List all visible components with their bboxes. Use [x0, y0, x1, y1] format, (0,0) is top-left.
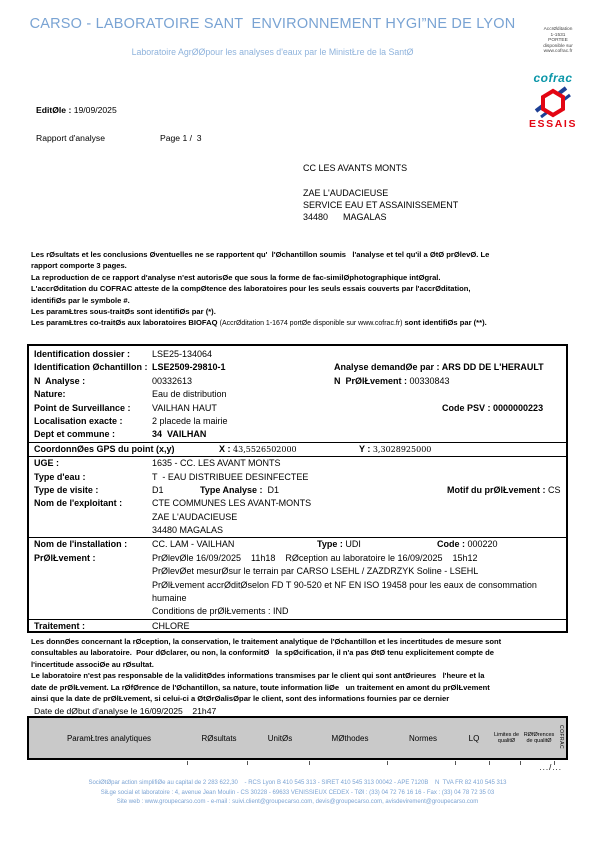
page-indicator: Page 1 / 3: [160, 133, 202, 143]
recipient-address-line: SERVICE EAU ET ASSAINISSEMENT: [303, 199, 458, 211]
commune-value: 34 VAILHAN: [152, 429, 206, 439]
gps-y: Y : 3,3028925000: [359, 443, 431, 456]
localisation-value: 2 placede la mairie: [152, 416, 228, 426]
note-line: rapport comporte 3 pages.: [31, 260, 587, 271]
column-limites-qualite: Limites de qualitØ: [491, 732, 522, 744]
code-psv: Code PSV : 0000000223: [442, 402, 543, 415]
installation-code: Code : 000220: [437, 538, 498, 551]
edit-date-value: 19/09/2025: [74, 105, 117, 115]
prelevement-line: Conditions de prØlŁvements : IND: [152, 606, 289, 616]
column-tick: [187, 761, 188, 765]
recipient-address-line: 34480 MAGALAS: [303, 211, 458, 223]
row-exploitant-cont: ZAE L'AUDACIEUSE: [29, 511, 566, 524]
column-cofrac: COFRAC: [556, 725, 566, 751]
column-label: Limites de qualitØ: [494, 732, 519, 744]
installation-label: Nom de l'installation :: [34, 538, 152, 551]
num-prelevement-value: 00330843: [410, 376, 450, 386]
installation-code-label: Code :: [437, 539, 468, 549]
column-tick: [455, 761, 456, 765]
biofaq-lead: Les paramŁtres co-traitØs aux laboratoir…: [31, 318, 220, 327]
accreditation-line: www.cofrac.fr: [528, 49, 588, 55]
installation-code-value: 000220: [468, 539, 498, 549]
installation-type: Type : UDI: [317, 538, 361, 551]
biofaq-detail: (AccrØditation 1-1674 portØe disponible …: [220, 320, 405, 327]
type-eau-label: Type d'eau :: [34, 471, 152, 484]
row-identification-echantillon: Identification Øchantillon :LSE2509-2981…: [29, 361, 566, 374]
report-header: Rapport d'analysePage 1 / 3: [36, 133, 202, 143]
recipient-name: CC LES AVANTS MONTS: [303, 162, 458, 174]
disclaimer-line: Le laboratoire n'est pas responsable de …: [31, 670, 587, 681]
installation-type-label: Type :: [317, 539, 345, 549]
motif-value: CS: [548, 485, 561, 495]
column-tick: [520, 761, 521, 765]
footer-line: Site web : www.groupecarso.com - e-mail …: [0, 798, 595, 808]
column-tick: [309, 761, 310, 765]
type-visite-value: D1: [152, 485, 164, 495]
prelevement-label: PrØlŁvement :: [34, 552, 152, 565]
recipient-address: CC LES AVANTS MONTSZAE L'AUDACIEUSESERVI…: [303, 162, 458, 223]
row-numero-analyse: N Analyse :00332613N PrØlŁvement : 00330…: [29, 375, 566, 388]
column-label: MØthodes: [332, 734, 369, 743]
echantillon-value: LSE2509-29810-1: [152, 362, 226, 372]
traitement-value: CHLORE: [152, 621, 190, 631]
row-gps: CoordonnØes GPS du point (x,y)X : 43,552…: [29, 442, 566, 456]
disclaimer-line: l'incertitude associØe au rØsultat.: [31, 659, 587, 670]
row-point-surveillance: Point de Surveillance :VAILHAN HAUTCode …: [29, 402, 566, 415]
num-prelevement-label: N PrØlŁvement :: [334, 376, 410, 386]
nature-label: Nature:: [34, 388, 152, 401]
type-analyse: Type Analyse : D1: [200, 484, 279, 497]
code-psv-value: 0000000223: [493, 403, 543, 413]
numero-prelevement: N PrØlŁvement : 00330843: [334, 375, 450, 388]
edit-date-label: EditØle :: [36, 105, 74, 115]
disclaimer-line: date de prØlŁvement. La rØfØrence de l'Ø…: [31, 682, 587, 693]
prelevement-line: humaine: [152, 593, 187, 603]
page-title: CARSO - LABORATOIRE SANT ENVIRONNEMENT H…: [0, 16, 545, 32]
edit-date: EditØle : 19/09/2025: [36, 105, 117, 115]
dossier-label: Identification dossier :: [34, 348, 152, 361]
type-analyse-value: D1: [268, 485, 280, 495]
row-localisation: Localisation exacte :2 placede la mairie: [29, 415, 566, 428]
row-type-eau: Type d'eau :T - EAU DISTRIBUEE DESINFECT…: [29, 471, 566, 484]
analysis-start-date: Date de dØbut d'analyse le 16/09/2025 21…: [34, 706, 216, 716]
column-references-qualite: RØfØrences de qualitØ: [522, 732, 556, 744]
type-eau-value: T - EAU DISTRIBUEE DESINFECTEE: [152, 472, 308, 482]
cofrac-essais-label: ESSAIS: [524, 118, 582, 130]
exploitant-label: Nom de l'exploitant :: [34, 497, 152, 510]
column-lq: LQ: [457, 734, 491, 743]
gps-x: X : 43,5526502000: [219, 443, 297, 456]
commune-label: Dept et commune :: [34, 428, 152, 441]
recipient-address-line: ZAE L'AUDACIEUSE: [303, 187, 458, 199]
motif-label: Motif du prØlŁvement :: [447, 485, 548, 495]
note-line: La reproduction de ce rapport d'analyse …: [31, 272, 587, 283]
gps-label: CoordonnØes GPS du point (x,y): [34, 443, 175, 456]
row-installation: Nom de l'installation :CC. LAM - VAILHAN…: [29, 537, 566, 551]
exploitant-line: ZAE L'AUDACIEUSE: [152, 512, 237, 522]
traitement-label: Traitement :: [34, 620, 152, 633]
installation-value: CC. LAM - VAILHAN: [152, 539, 234, 549]
analyse-demandee: Analyse demandØe par : ARS DD DE L'HERAU…: [334, 361, 544, 374]
analyse-demandee-label: Analyse demandØe par :: [334, 362, 442, 372]
echantillon-label: Identification Øchantillon :: [34, 361, 152, 374]
company-footer: SociØtØpar action simplifiØe au capital …: [0, 779, 595, 808]
gps-y-label: Y :: [359, 444, 373, 454]
localisation-label: Localisation exacte :: [34, 415, 152, 428]
gps-x-label: X :: [219, 444, 233, 454]
gps-x-value: 43,5526502000: [233, 445, 297, 454]
column-label: RØsultats: [201, 734, 236, 743]
row-uge: UGE :1635 - CC. LES AVANT MONTS: [29, 456, 566, 470]
column-tick: [387, 761, 388, 765]
note-line: Les rØsultats et les conclusions Øventue…: [31, 249, 587, 260]
prelevement-line: PrØlŁvement accrØditØselon FD T 90-520 e…: [152, 580, 537, 590]
cofrac-accreditation-note: AccrØditation1-1531PORTEEdisponible surw…: [528, 27, 588, 55]
prelevement-line: PrØlevØet mesurØsur le terrain par CARSO…: [152, 566, 478, 576]
note-line-biofaq: Les paramŁtres co-traitØs aux laboratoir…: [31, 317, 587, 329]
note-line: L'accrØditation du COFRAC atteste de la …: [31, 283, 587, 294]
cofrac-logo: cofracESSAIS: [524, 71, 582, 130]
column-normes: Normes: [389, 734, 457, 743]
report-title: Rapport d'analyse: [36, 133, 160, 143]
cofrac-hexagon-icon: [534, 86, 572, 118]
uge-value: 1635 - CC. LES AVANT MONTS: [152, 458, 281, 468]
disclaimer-line: ainsi que la date de prØlŁvement, si cel…: [31, 693, 587, 704]
sample-identification-box: Identification dossier :LSE25-134064 Ide…: [27, 344, 568, 633]
report-notes: Les rØsultats et les conclusions Øventue…: [31, 249, 587, 330]
exploitant-line: CTE COMMUNES LES AVANT-MONTS: [152, 498, 311, 508]
note-line: identifiØs par le symbole #.: [31, 295, 587, 306]
row-prelevement-cont: PrØlevØet mesurØsur le terrain par CARSO…: [29, 565, 566, 578]
uge-label: UGE :: [34, 457, 152, 470]
row-dept-commune: Dept et commune :34 VAILHAN: [29, 428, 566, 441]
num-analyse-value: 00332613: [152, 376, 192, 386]
column-label: RØfØrences de qualitØ: [524, 732, 555, 744]
column-methodes: MØthodes: [311, 734, 389, 743]
column-label: UnitØs: [268, 734, 292, 743]
row-traitement: Traitement :CHLORE: [29, 619, 566, 633]
laboratory-disclaimer: Les donnØes concernant la rØception, la …: [31, 636, 587, 704]
type-visite-label: Type de visite :: [34, 484, 152, 497]
column-label: COFRAC: [558, 725, 564, 749]
prelevement-line: PrØlevØle 16/09/2025 11h18 RØception au …: [152, 553, 478, 563]
motif-prelevement: Motif du prØlŁvement : CS: [447, 484, 561, 497]
column-resultats: RØsultats: [189, 734, 249, 743]
point-label: Point de Surveillance :: [34, 402, 152, 415]
page-subtitle: Laboratoire AgrØØpour les analyses d'eau…: [0, 47, 545, 57]
row-prelevement: PrØlŁvement :PrØlevØle 16/09/2025 11h18 …: [29, 552, 566, 565]
note-line: Les paramŁtres sous-traitØs sont identif…: [31, 306, 587, 317]
row-prelevement-cont: Conditions de prØlŁvements : IND: [29, 605, 566, 618]
row-prelevement-cont: PrØlŁvement accrØditØselon FD T 90-520 e…: [29, 579, 566, 592]
type-analyse-label: Type Analyse :: [200, 485, 268, 495]
disclaimer-line: consultables au laboratoire. Pour dØclar…: [31, 647, 587, 658]
footer-line: SociØtØpar action simplifiØe au capital …: [0, 779, 595, 789]
cofrac-wordmark: cofrac: [524, 71, 582, 85]
column-tick: [489, 761, 490, 765]
row-prelevement-cont: humaine: [29, 592, 566, 605]
code-psv-label: Code PSV :: [442, 403, 493, 413]
exploitant-line: 34480 MAGALAS: [152, 525, 223, 535]
dossier-value: LSE25-134064: [152, 349, 212, 359]
column-unites: UnitØs: [249, 734, 311, 743]
disclaimer-line: Les donnØes concernant la rØception, la …: [31, 636, 587, 647]
num-analyse-label: N Analyse :: [34, 375, 152, 388]
gps-y-value: 3,3028925000: [373, 445, 432, 454]
page-continuation-mark: .../...: [539, 763, 562, 772]
column-label: Normes: [409, 734, 437, 743]
footer-line: SiŁge social et laboratoire : 4, avenue …: [0, 789, 595, 799]
report-page: CARSO - LABORATOIRE SANT ENVIRONNEMENT H…: [0, 0, 595, 841]
row-exploitant-cont: 34480 MAGALAS: [29, 524, 566, 537]
column-label: LQ: [469, 734, 480, 743]
point-value: VAILHAN HAUT: [152, 403, 217, 413]
biofaq-suffix: sont identifiØs par (**).: [404, 318, 486, 327]
row-type-visite: Type de visite :D1Type Analyse : D1Motif…: [29, 484, 566, 497]
column-tick: [247, 761, 248, 765]
row-exploitant: Nom de l'exploitant :CTE COMMUNES LES AV…: [29, 497, 566, 510]
column-parametres: ParamŁtres analytiques: [29, 734, 189, 743]
row-identification-dossier: Identification dossier :LSE25-134064: [29, 348, 566, 361]
installation-type-value: UDI: [345, 539, 361, 549]
column-label: ParamŁtres analytiques: [67, 734, 151, 743]
results-table-header: ParamŁtres analytiquesRØsultatsUnitØsMØt…: [27, 716, 568, 760]
row-nature: Nature:Eau de distribution: [29, 388, 566, 401]
nature-value: Eau de distribution: [152, 389, 227, 399]
analyse-demandee-value: ARS DD DE L'HERAULT: [442, 362, 544, 372]
